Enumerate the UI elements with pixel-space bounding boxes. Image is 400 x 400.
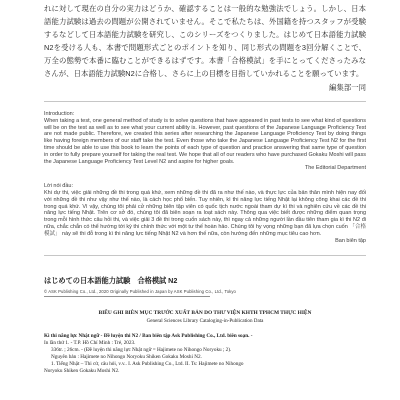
vietnamese-heading: Lời nói đầu:	[44, 183, 366, 190]
book-title: はじめての日本語能力試験 合格模試 N2	[44, 276, 366, 286]
japanese-paragraph: れに対して現在の自分の実力はどうか、確認することは一般的な勉強法でしょう。しかし…	[44, 2, 366, 80]
cip-collation-line: 336tr. ; 26cm. - (Đề luyện thi năng lực …	[44, 347, 366, 354]
copyright-notice: © ASK Publishing Co., Ltd., 2020 Origina…	[44, 289, 366, 294]
english-heading: Introduction:	[44, 111, 366, 118]
cip-heading-english: General Sciences Library Cataloging-in-P…	[44, 318, 366, 325]
divider-after-vietnamese	[44, 255, 366, 256]
divider-after-japanese	[44, 101, 366, 102]
cip-block: BIỂU GHI BIÊN MỤC TRƯỚC XUẤT BẢN DO THƯ …	[44, 310, 366, 375]
japanese-signature: 編集部一同	[44, 81, 366, 94]
english-signature: The Editorial Department	[44, 165, 366, 172]
book-page: れに対して現在の自分の実力はどうか、確認することは一般的な勉強法でしょう。しかし…	[0, 0, 400, 375]
colophon: はじめての日本語能力試験 合格模試 N2 © ASK Publishing Co…	[44, 276, 366, 297]
cip-entry: Kì thi năng lực Nhật ngữ - Đề luyện thi …	[44, 333, 366, 375]
vietnamese-paragraph: Khi dự thi, việc giải những đề thi trong…	[44, 190, 366, 238]
cip-heading-vietnamese: BIỂU GHI BIÊN MỤC TRƯỚC XUẤT BẢN DO THƯ …	[44, 310, 366, 317]
cip-subject-line-continued: Noryoku Shiken Gokaku Moshi N2.	[44, 368, 366, 375]
vietnamese-signature: Ban biên tập	[44, 238, 366, 245]
english-paragraph: When taking a test, one general method o…	[44, 118, 366, 166]
vietnamese-preface: Lời nói đầu: Khi dự thi, việc giải những…	[44, 183, 366, 244]
cip-subject-line: 1. Tiếng Nhật – Thi cử, câu hỏi, v.v.. I…	[44, 361, 366, 368]
japanese-preface: れに対して現在の自分の実力はどうか、確認することは一般的な勉強法でしょう。しかし…	[44, 2, 366, 94]
divider-under-copyright	[44, 296, 210, 297]
english-preface: Introduction: When taking a test, one ge…	[44, 111, 366, 172]
